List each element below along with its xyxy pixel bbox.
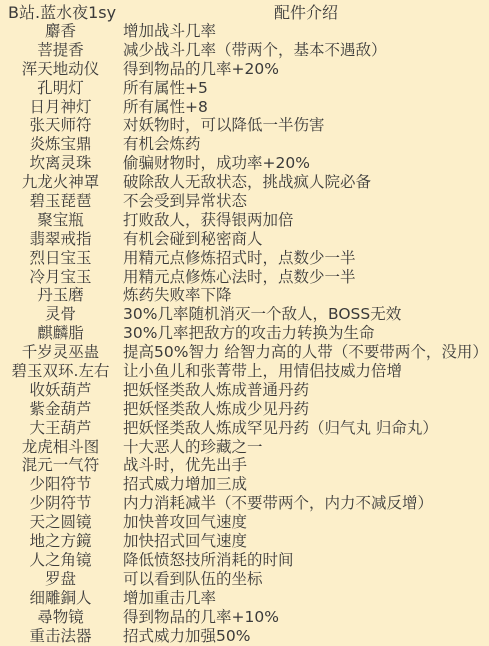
item-description: 对妖物时，可以降低一半伤害 — [121, 116, 489, 135]
item-description: 破除敌人无敌状态，挑战疯人院必备 — [121, 173, 489, 192]
table-row: 烈日宝玉 用精元点修炼招式时，点数少一半 — [0, 249, 489, 268]
item-name: 少阴符节 — [0, 494, 121, 513]
item-name: 收妖葫芦 — [0, 381, 121, 400]
item-name: 少阳符节 — [0, 475, 121, 494]
item-name: 千岁灵巫蛊 — [0, 343, 121, 362]
item-name: 炎炼宝鼎 — [0, 135, 121, 154]
item-description: 招式威力加强50% — [121, 627, 489, 646]
page-title: 配件介绍 — [123, 3, 489, 22]
item-name: 灵骨 — [0, 305, 121, 324]
table-row: 人之角镜 降低愤怒技所消耗的时间 — [0, 551, 489, 570]
table-row: 麝香 增加战斗几率 — [0, 22, 489, 41]
item-description: 提高50%智力 给智力高的人带（不要带两个，没用） — [121, 343, 489, 362]
item-description: 偷骗财物时，成功率+20% — [121, 154, 489, 173]
item-table: 麝香 增加战斗几率 菩提香 减少战斗几率（带两个，基本不遇敌） 浑天地动仪 得到… — [0, 22, 489, 645]
item-name: 翡翠戒指 — [0, 230, 121, 249]
item-name: 混元一气符 — [0, 456, 121, 475]
item-name: 天之圆镜 — [0, 513, 121, 532]
table-row: 少阳符节 招式威力增加三成 — [0, 475, 489, 494]
table-row: 浑天地动仪 得到物品的几率+20% — [0, 60, 489, 79]
item-name: 重击法器 — [0, 627, 121, 646]
table-row: 少阴符节 内力消耗减半（不要带两个，内力不减反增） — [0, 494, 489, 513]
table-row: 尋物镜 得到物品的几率+10% — [0, 608, 489, 627]
page: B站.蓝水夜1sy 配件介绍 麝香 增加战斗几率 菩提香 减少战斗几率（带两个，… — [0, 0, 489, 646]
item-description: 打败敌人，获得银两加倍 — [121, 211, 489, 230]
table-row: 收妖葫芦 把妖怪类敌人炼成普通丹药 — [0, 381, 489, 400]
table-row: 天之圆镜 加快普攻回气速度 — [0, 513, 489, 532]
table-row: 灵骨 30%几率随机消灭一个敌人，BOSS无效 — [0, 305, 489, 324]
item-description: 战斗时，优先出手 — [121, 456, 489, 475]
item-name: 罗盘 — [0, 570, 121, 589]
item-name: 地之方鏡 — [0, 532, 121, 551]
item-name: 浑天地动仪 — [0, 60, 121, 79]
item-name: 日月神灯 — [0, 98, 121, 117]
item-name: 聚宝瓶 — [0, 211, 121, 230]
item-description: 30%几率随机消灭一个敌人，BOSS无效 — [121, 305, 489, 324]
item-name: 人之角镜 — [0, 551, 121, 570]
table-row: 菩提香 减少战斗几率（带两个，基本不遇敌） — [0, 41, 489, 60]
item-name: 孔明灯 — [0, 79, 121, 98]
table-row: 混元一气符 战斗时，优先出手 — [0, 456, 489, 475]
item-description: 所有属性+5 — [121, 79, 489, 98]
table-row: 坎离灵珠 偷骗财物时，成功率+20% — [0, 154, 489, 173]
item-name: 细雕銅人 — [0, 589, 121, 608]
table-row: 聚宝瓶 打败敌人，获得银两加倍 — [0, 211, 489, 230]
table-row: 碧玉双环.左右 让小鱼儿和张菁带上，用情侣技威力倍增 — [0, 362, 489, 381]
item-description: 可以看到队伍的坐标 — [121, 570, 489, 589]
item-description: 有机会碰到秘密商人 — [121, 230, 489, 249]
item-description: 把妖怪类敌人炼成少见丹药 — [121, 400, 489, 419]
table-row: 紫金葫芦 把妖怪类敌人炼成少见丹药 — [0, 400, 489, 419]
item-name: 冷月宝玉 — [0, 268, 121, 287]
item-description: 增加战斗几率 — [121, 22, 489, 41]
item-name: 龙虎相斗图 — [0, 438, 121, 457]
item-description: 十大恶人的珍藏之一 — [121, 438, 489, 457]
item-name: 麒麟脂 — [0, 324, 121, 343]
item-description: 让小鱼儿和张菁带上，用情侣技威力倍增 — [121, 362, 489, 381]
item-description: 降低愤怒技所消耗的时间 — [121, 551, 489, 570]
item-description: 所有属性+8 — [121, 98, 489, 117]
item-name: 张天师符 — [0, 116, 121, 135]
table-row: 碧玉琵琶 不会受到异常状态 — [0, 192, 489, 211]
item-name: 丹玉磨 — [0, 286, 121, 305]
table-row: 张天师符 对妖物时，可以降低一半伤害 — [0, 116, 489, 135]
watermark: B站.蓝水夜1sy — [8, 3, 116, 22]
table-row: 日月神灯 所有属性+8 — [0, 98, 489, 117]
item-description: 炼药失败率下降 — [121, 286, 489, 305]
table-row: 罗盘 可以看到队伍的坐标 — [0, 570, 489, 589]
item-description: 招式威力增加三成 — [121, 475, 489, 494]
item-name: 坎离灵珠 — [0, 154, 121, 173]
item-name: 麝香 — [0, 22, 121, 41]
item-name: 九龙火神罩 — [0, 173, 121, 192]
table-row: 细雕銅人 增加重击几率 — [0, 589, 489, 608]
item-name: 碧玉琵琶 — [0, 192, 121, 211]
table-row: 重击法器 招式威力加强50% — [0, 627, 489, 646]
item-description: 内力消耗减半（不要带两个，内力不减反增） — [121, 494, 489, 513]
item-name: 大王葫芦 — [0, 419, 121, 438]
item-description: 有机会炼药 — [121, 135, 489, 154]
item-description: 增加重击几率 — [121, 589, 489, 608]
item-name: 菩提香 — [0, 41, 121, 60]
table-row: 麒麟脂 30%几率把敌方的攻击力转换为生命 — [0, 324, 489, 343]
item-description: 减少战斗几率（带两个，基本不遇敌） — [121, 41, 489, 60]
item-name: 烈日宝玉 — [0, 249, 121, 268]
item-name: 碧玉双环.左右 — [0, 362, 121, 381]
table-row: 翡翠戒指 有机会碰到秘密商人 — [0, 230, 489, 249]
item-description: 得到物品的几率+10% — [121, 608, 489, 627]
table-row: 冷月宝玉 用精元点修炼心法时，点数少一半 — [0, 268, 489, 287]
table-row: 千岁灵巫蛊 提高50%智力 给智力高的人带（不要带两个，没用） — [0, 343, 489, 362]
item-name: 紫金葫芦 — [0, 400, 121, 419]
table-row: 地之方鏡 加快招式回气速度 — [0, 532, 489, 551]
item-description: 不会受到异常状态 — [121, 192, 489, 211]
page-header: B站.蓝水夜1sy 配件介绍 — [0, 3, 489, 22]
item-description: 用精元点修炼心法时，点数少一半 — [121, 268, 489, 287]
item-description: 把妖怪类敌人炼成普通丹药 — [121, 381, 489, 400]
item-description: 用精元点修炼招式时，点数少一半 — [121, 249, 489, 268]
item-description: 30%几率把敌方的攻击力转换为生命 — [121, 324, 489, 343]
table-row: 大王葫芦 把妖怪类敌人炼成罕见丹药（归气丸 归命丸） — [0, 419, 489, 438]
item-name: 尋物镜 — [0, 608, 121, 627]
table-row: 丹玉磨 炼药失败率下降 — [0, 286, 489, 305]
item-description: 加快普攻回气速度 — [121, 513, 489, 532]
item-description: 加快招式回气速度 — [121, 532, 489, 551]
table-row: 孔明灯 所有属性+5 — [0, 79, 489, 98]
table-row: 九龙火神罩 破除敌人无敌状态，挑战疯人院必备 — [0, 173, 489, 192]
table-row: 龙虎相斗图 十大恶人的珍藏之一 — [0, 438, 489, 457]
item-description: 把妖怪类敌人炼成罕见丹药（归气丸 归命丸） — [121, 419, 489, 438]
item-description: 得到物品的几率+20% — [121, 60, 489, 79]
table-row: 炎炼宝鼎 有机会炼药 — [0, 135, 489, 154]
